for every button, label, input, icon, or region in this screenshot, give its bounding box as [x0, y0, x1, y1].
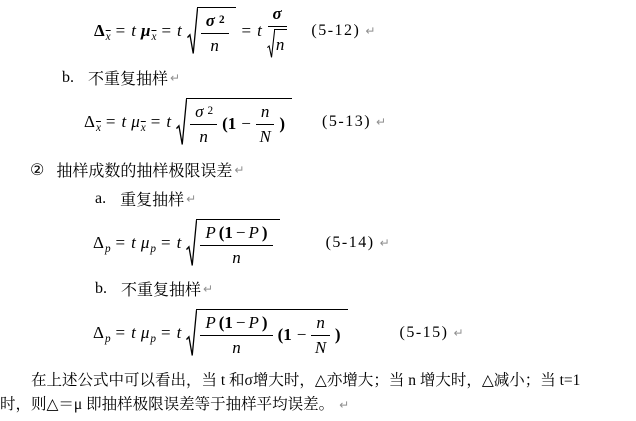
t-variable: t: [177, 21, 182, 41]
paragraph-mark-icon: ↵: [186, 192, 196, 206]
equation-number: (5-14): [326, 234, 375, 252]
fraction-n-N: n N: [256, 102, 275, 146]
delta-term: Δp: [93, 323, 110, 343]
paragraph-mark-icon: ↵: [203, 282, 213, 296]
paragraph-line-2: 时，则△＝μ 即抽样极限误差等于抽样平均误差。↵: [0, 393, 636, 417]
delta-symbol: Δ: [93, 233, 104, 253]
heading-b-nonrepeat-1: b. 不重复抽样 ↵: [62, 66, 180, 89]
denominator: n: [232, 246, 241, 268]
p-subscript: p: [105, 244, 111, 255]
xbar-subscript: x: [96, 123, 101, 134]
mu-term: μx: [141, 21, 155, 41]
fraction-P1mP-n: P(1−P) n: [200, 223, 272, 267]
p-subscript: p: [105, 334, 111, 345]
heading-text: 不重复抽样: [88, 66, 168, 89]
xbar-subscript: x: [151, 32, 156, 43]
open-paren-one: (1: [219, 223, 233, 243]
xbar-subscript: x: [106, 32, 111, 43]
denominator: n: [199, 125, 208, 147]
formula-5-13: Δx = t μx = t σ2 n (1 − n N: [84, 95, 386, 149]
delta-term: Δx: [84, 112, 100, 132]
t-variable: t: [131, 323, 136, 343]
denominator: n: [267, 27, 288, 58]
close-paren: ): [279, 114, 285, 134]
equals-sign: =: [160, 233, 172, 253]
paragraph-mark-icon: ↵: [339, 398, 349, 412]
t-variable: t: [131, 233, 136, 253]
xbar-subscript: x: [141, 123, 146, 134]
mu-symbol: μ: [141, 323, 150, 343]
square-root: P(1−P) n: [186, 219, 279, 267]
t-variable: t: [177, 323, 182, 343]
heading-text: 不重复抽样: [121, 277, 201, 300]
equals-sign: =: [160, 323, 172, 343]
minus-sign: −: [297, 325, 307, 345]
numerator: σ2: [190, 102, 217, 125]
list-marker: a.: [95, 190, 106, 208]
P-variable: P: [205, 313, 215, 333]
body-paragraph: 在上述公式中可以看出，当 t 和σ增大时，△亦增大；当 n 增大时，△减小；当 …: [0, 369, 636, 417]
N-variable: N: [315, 338, 326, 358]
n-variable: n: [199, 127, 208, 147]
heading-item2-proportion-limit-error: ② 抽样成数的抽样极限误差 ↵: [30, 158, 244, 181]
equation-5-13: Δx = t μx = t σ2 n (1 − n N: [84, 98, 292, 146]
sigma-symbol: σ: [195, 102, 203, 122]
fraction-n-N: n N: [311, 313, 330, 357]
equals-sign: =: [105, 112, 117, 132]
square-root: σ2 n (1 − n N ): [176, 98, 292, 146]
equation-5-12: Δx = t μx = t σ2 n = t σ: [94, 4, 287, 58]
denominator: n: [232, 336, 241, 358]
numerator: σ2: [201, 11, 229, 34]
numerator: P(1−P): [200, 223, 272, 246]
denominator: n: [210, 34, 219, 56]
paragraph-line-1: 在上述公式中可以看出，当 t 和σ增大时，△亦增大；当 n 增大时，△减小；当 …: [0, 369, 636, 393]
delta-symbol: Δ: [84, 112, 95, 132]
open-paren-one: (1: [278, 325, 292, 345]
mu-term: μx: [131, 112, 145, 132]
equals-sign: =: [115, 21, 127, 41]
delta-term: Δp: [93, 233, 110, 253]
denominator: N: [259, 125, 270, 147]
radicand: P(1−P) n: [196, 219, 279, 267]
delta-symbol: Δ: [93, 323, 104, 343]
paragraph-mark-icon: ↵: [454, 326, 464, 340]
p-subscript: p: [150, 334, 156, 345]
fraction-sigma2-n: σ2 n: [201, 11, 229, 55]
minus-sign: −: [241, 114, 251, 134]
close-paren: ): [262, 313, 268, 333]
fraction-sigma-sqrtn: σ n: [267, 4, 288, 58]
formula-5-14: Δp = t μp = t P(1−P) n (5-14) ↵: [93, 217, 390, 269]
squared-exponent: 2: [219, 15, 225, 26]
equation-number: (5-13): [322, 113, 371, 131]
delta-term: Δx: [94, 21, 110, 41]
minus-sign: −: [236, 223, 246, 243]
n-variable: n: [210, 36, 219, 56]
heading-b-nonrepeat-2: b. 不重复抽样 ↵: [95, 277, 213, 300]
list-marker: b.: [62, 69, 74, 87]
p-subscript: p: [150, 244, 156, 255]
t-variable: t: [177, 233, 182, 253]
open-paren-one: (1: [219, 313, 233, 333]
paragraph-mark-icon: ↵: [376, 115, 386, 129]
paragraph-mark-icon: ↵: [365, 24, 375, 38]
equation-number: (5-12): [311, 22, 360, 40]
equation-5-15: Δp = t μp = t P(1−P) n (1 − n N: [93, 309, 348, 357]
equals-sign: =: [150, 112, 162, 132]
radicand: σ2 n: [197, 7, 236, 55]
radicand: P(1−P) n (1 − n N ): [196, 309, 347, 357]
mu-symbol: μ: [141, 21, 150, 41]
delta-symbol: Δ: [94, 21, 105, 41]
t-variable: t: [122, 112, 127, 132]
P-variable: P: [205, 223, 215, 243]
equation-5-14: Δp = t μp = t P(1−P) n: [93, 219, 280, 267]
numerator: n: [256, 102, 275, 125]
square-root: n: [267, 29, 288, 58]
n-variable: n: [276, 35, 285, 55]
equation-number: (5-15): [400, 324, 449, 342]
equals-sign: =: [115, 323, 127, 343]
heading-text: 重复抽样: [120, 187, 184, 210]
fraction-sigma2-n: σ2 n: [190, 102, 217, 146]
radicand: σ2 n (1 − n N ): [186, 98, 292, 146]
close-paren: ): [262, 223, 268, 243]
P-variable: P: [249, 313, 259, 333]
P-variable: P: [249, 223, 259, 243]
t-variable: t: [166, 112, 171, 132]
mu-term: μp: [141, 323, 155, 343]
equals-sign: =: [115, 233, 127, 253]
squared-exponent: 2: [208, 106, 214, 117]
mu-term: μp: [141, 233, 155, 253]
radicand: n: [274, 29, 288, 58]
minus-sign: −: [236, 313, 246, 333]
heading-a-repeat: a. 重复抽样 ↵: [95, 187, 196, 210]
n-variable: n: [232, 248, 241, 268]
formula-5-12: Δx = t μx = t σ2 n = t σ: [94, 8, 375, 54]
square-root: P(1−P) n (1 − n N ): [186, 309, 347, 357]
paragraph-mark-icon: ↵: [380, 236, 390, 250]
formula-5-15: Δp = t μp = t P(1−P) n (1 − n N: [93, 305, 464, 361]
equals-sign: =: [160, 21, 172, 41]
paragraph-mark-icon: ↵: [170, 71, 180, 85]
heading-text: 抽样成数的抽样极限误差: [56, 158, 232, 181]
numerator: σ: [268, 4, 287, 27]
paragraph-mark-icon: ↵: [234, 163, 244, 177]
document-page: Δx = t μx = t σ2 n = t σ: [0, 0, 636, 421]
fraction-P1mP-n: P(1−P) n: [200, 313, 272, 357]
n-variable: n: [232, 338, 241, 358]
mu-symbol: μ: [131, 112, 140, 132]
mu-symbol: μ: [141, 233, 150, 253]
N-variable: N: [259, 127, 270, 147]
list-marker: b.: [95, 280, 107, 298]
numerator: n: [311, 313, 330, 336]
sigma-symbol: σ: [273, 4, 282, 24]
equals-sign: =: [241, 21, 253, 41]
sigma-symbol: σ: [206, 11, 215, 31]
paragraph-line-2-text: 时，则△＝μ 即抽样极限误差等于抽样平均误差。: [0, 396, 334, 413]
square-root: σ2 n: [187, 7, 236, 55]
open-paren-one: (1: [222, 114, 236, 134]
t-variable: t: [257, 21, 262, 41]
n-variable: n: [316, 313, 325, 333]
denominator: N: [315, 336, 326, 358]
numerator: P(1−P): [200, 313, 272, 336]
t-variable: t: [131, 21, 136, 41]
n-variable: n: [261, 102, 270, 122]
circled-two-marker: ②: [30, 160, 44, 180]
close-paren: ): [335, 325, 341, 345]
